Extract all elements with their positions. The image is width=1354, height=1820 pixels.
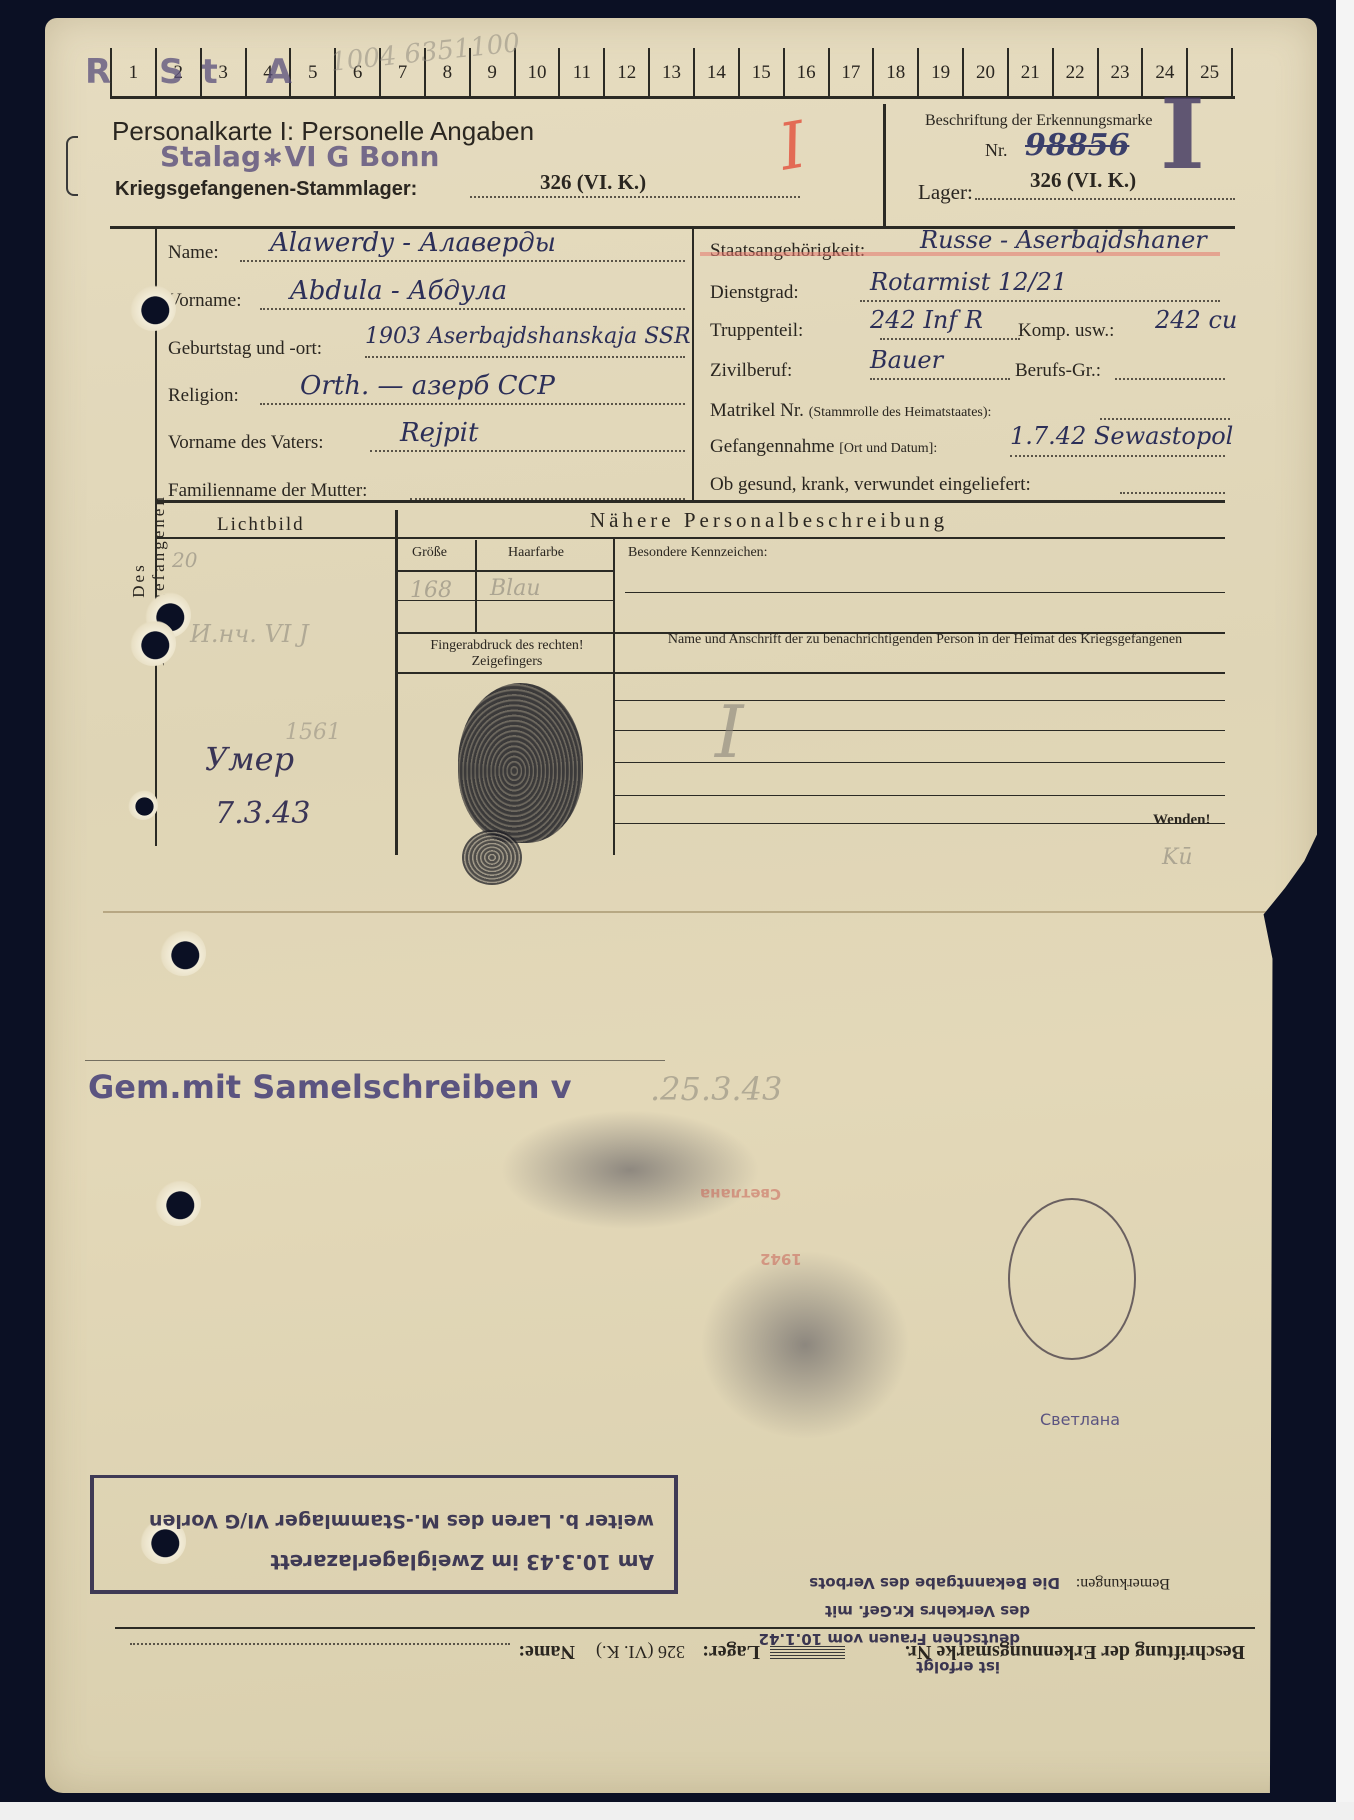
lager-dots	[975, 198, 1235, 200]
footer-row: Beschriftung der Erkennungsmarke Nr. Lag…	[115, 1633, 1255, 1669]
size-row-line	[397, 600, 613, 601]
field-dots	[880, 338, 1020, 340]
bemerkungen-label: Bemerkungen:	[1076, 1574, 1170, 1592]
field-value: Rejpit	[400, 418, 478, 448]
photo-note-2: И.нч. VI J	[190, 620, 309, 648]
field-value: 242 cu	[1155, 306, 1237, 334]
fingerprint-divider	[613, 537, 615, 855]
field-value: Bauer	[870, 346, 943, 374]
red-underline	[700, 252, 1220, 256]
kennzeichen-label: Besondere Kennzeichen:	[628, 545, 768, 561]
ruler-stamp: R St A	[85, 52, 310, 92]
header-divider	[883, 104, 886, 228]
field-value: Russe - Aserbajdshaner	[920, 226, 1207, 254]
field-dots	[860, 300, 1220, 302]
lager-label: Lager:	[918, 180, 973, 205]
stalag-stamp: Stalag∗VI G Bonn	[160, 140, 439, 173]
scan-border-right	[1336, 0, 1354, 1820]
contact-line-3	[615, 762, 1225, 763]
field-dots	[1010, 455, 1225, 457]
punch-hole	[160, 930, 206, 976]
photo-header: Lichtbild	[217, 514, 305, 536]
punch-hole	[155, 1180, 201, 1226]
field-value: 1.7.42 Sewastopol	[1010, 422, 1233, 450]
ruler-cell: 23	[1097, 48, 1142, 98]
field-dots	[1120, 492, 1225, 494]
corner-stamp-mark: I	[1160, 78, 1205, 191]
field-label: Komp. usw.:	[1018, 320, 1114, 342]
contact-line-4	[615, 795, 1225, 796]
lager-value: 326 (VI. K.)	[1030, 168, 1136, 193]
ruler-cell: 21	[1007, 48, 1052, 98]
ink-smudge	[500, 1110, 760, 1230]
field-label: Gefangennahme [Ort und Datum]:	[710, 436, 937, 458]
footer-tag-lines	[770, 1645, 845, 1659]
footer-top-line	[115, 1627, 1255, 1629]
ruler-cell: 19	[917, 48, 962, 98]
field-value: 1903 Aserbajdshanskaja SSR	[365, 324, 691, 349]
fields-bottom-line	[155, 500, 1225, 503]
ruler-cell: 15	[738, 48, 783, 98]
field-label: Berufs-Gr.:	[1015, 360, 1101, 382]
field-label: Vorname des Vaters:	[168, 432, 324, 454]
stamp-guide-line	[85, 1060, 665, 1061]
field-label: Ob gesund, krank, verwundet eingeliefert…	[710, 474, 1031, 496]
death-date: 7.3.43	[215, 796, 310, 831]
contact-label: Name und Anschrift der zu benachrichtige…	[625, 632, 1225, 648]
field-label: Staatsangehörigkeit:	[710, 240, 865, 262]
oval-stamp	[1008, 1198, 1136, 1360]
tag-nr-label: Nr.	[985, 140, 1008, 161]
death-note: Умер	[205, 740, 294, 778]
description-header: Nähere Personalbeschreibung	[590, 508, 948, 533]
field-label-text: Berufs-Gr.:	[1015, 360, 1101, 381]
stammlager-dots	[470, 196, 800, 198]
bemerkungen-line-2: des Verkehrs Kr.Gef. mit	[825, 1602, 1030, 1620]
ruler-cell: 22	[1052, 48, 1097, 98]
bracket-mark	[66, 136, 78, 196]
photo-divider	[395, 510, 398, 855]
groesse-label: Größe	[412, 545, 447, 561]
punch-hole	[130, 285, 176, 331]
ruler-cell: 20	[962, 48, 1007, 98]
footer-tag-label: Beschriftung der Erkennungsmarke Nr.	[905, 1640, 1245, 1663]
contact-pencil-mark: I	[715, 690, 743, 774]
fingerprint-smear	[462, 830, 522, 885]
field-dots	[370, 450, 685, 452]
field-label: Dienstgrad:	[710, 282, 799, 304]
field-label-text: Komp. usw.:	[1018, 320, 1114, 341]
footer-lager-value: 326 (VI. K.)	[596, 1641, 685, 1662]
field-dots	[240, 260, 685, 262]
lazarett-stamp-line-2: weiter b. Laren des M.-Stammlager VI/G V…	[149, 1510, 654, 1532]
ruler-cell: 16	[783, 48, 828, 98]
desc-header-line	[155, 537, 1225, 539]
wenden-label: Wenden!	[1153, 812, 1211, 829]
faint-red-stamp-2: 1942	[760, 1250, 802, 1268]
punch-hole	[130, 620, 176, 666]
size-header-line	[397, 570, 613, 572]
field-label: Zivilberuf:	[710, 360, 792, 382]
signature-stamp: Светлана	[1040, 1410, 1120, 1429]
field-label: Geburtstag und -ort:	[168, 338, 322, 360]
field-label: Matrikel Nr. (Stammrolle des Heimatstaat…	[710, 400, 991, 422]
field-label-text: Dienstgrad:	[710, 282, 799, 303]
ruler-cell: 11	[558, 48, 603, 98]
field-value: Orth. — азерб ССР	[300, 371, 555, 401]
field-dots	[1115, 378, 1225, 380]
field-value: Abdula - Абдула	[290, 276, 507, 306]
field-label-text: Ob gesund, krank, verwundet eingeliefert…	[710, 474, 1031, 495]
wenden-note: Kū	[1162, 845, 1193, 870]
field-label: Familienname der Mutter:	[168, 480, 367, 502]
scan-border-bottom	[0, 1802, 1354, 1820]
contact-line-2	[615, 730, 1225, 731]
footer-name-label: Name:	[518, 1640, 575, 1663]
stammlager-value: 326 (VI. K.)	[540, 170, 646, 195]
ruler-cell: 12	[603, 48, 648, 98]
field-label-text: Staatsangehörigkeit:	[710, 240, 865, 261]
field-label: Truppenteil:	[710, 320, 803, 342]
field-label-text: Zivilberuf:	[710, 360, 792, 381]
field-label-text: Truppenteil:	[710, 320, 803, 341]
ruler-cell: 13	[648, 48, 693, 98]
sammelschreiben-stamp: Gem.mit Samelschreiben v	[88, 1068, 572, 1106]
middle-divider	[692, 226, 694, 502]
stammlager-label: Kriegsgefangenen-Stammlager:	[115, 178, 417, 201]
field-dots	[1100, 418, 1230, 420]
field-label: Name:	[168, 242, 219, 264]
fingerprint-image	[458, 683, 583, 843]
field-value: 242 Inf R	[870, 306, 983, 334]
field-value: Rotarmist 12/21	[870, 268, 1067, 296]
punch-hole	[128, 790, 158, 820]
fingerprint-label: Fingerabdruck des rechten! Zeigefingers	[402, 638, 612, 670]
ruler-bottom-line	[110, 96, 1235, 99]
fold-line	[103, 911, 1303, 913]
lazarett-stamp-line-1: Am 10.3.43 im Zweiglagerlazarett	[270, 1550, 654, 1574]
ruler-cell: 17	[828, 48, 873, 98]
size-divider	[475, 540, 477, 632]
tag-nr-value: 98856	[1025, 128, 1129, 163]
contact-line-1	[615, 700, 1225, 701]
ink-smudge	[700, 1250, 910, 1440]
field-sublabel: [Ort und Datum]:	[839, 441, 937, 456]
field-dots	[260, 403, 685, 405]
faint-red-stamp-1: Светлана	[700, 1185, 781, 1203]
field-label: Religion:	[168, 385, 239, 407]
field-label-text: Matrikel Nr.	[710, 400, 804, 421]
field-sublabel: (Stammrolle des Heimatstaates):	[809, 405, 992, 420]
field-dots	[870, 378, 1010, 380]
kennzeichen-line	[625, 592, 1225, 593]
field-dots	[260, 308, 685, 310]
field-value: Alawerdy - Алаверды	[270, 228, 556, 258]
footer-lager-label: Lager:	[702, 1640, 760, 1663]
fingerprint-label-line	[397, 672, 1225, 674]
bemerkungen-line-1: Die Bekanntgabe des Verbots	[809, 1574, 1060, 1592]
sammelschreiben-date: .25.3.43	[650, 1070, 782, 1108]
lazarett-stamp-box: Am 10.3.43 im Zweiglagerlazarett weiter …	[90, 1475, 678, 1594]
footer-name-dots	[130, 1643, 510, 1645]
ruler-cell: 18	[872, 48, 917, 98]
haarfarbe-value: Blau	[490, 576, 541, 601]
contact-line-5	[615, 823, 1225, 824]
field-label: Vorname:	[168, 290, 242, 312]
field-dots	[365, 356, 685, 358]
haarfarbe-label: Haarfarbe	[508, 545, 564, 561]
photo-note-1: 20	[172, 548, 197, 572]
ruler-cell: 14	[693, 48, 738, 98]
field-label-text: Gefangennahme	[710, 436, 835, 457]
